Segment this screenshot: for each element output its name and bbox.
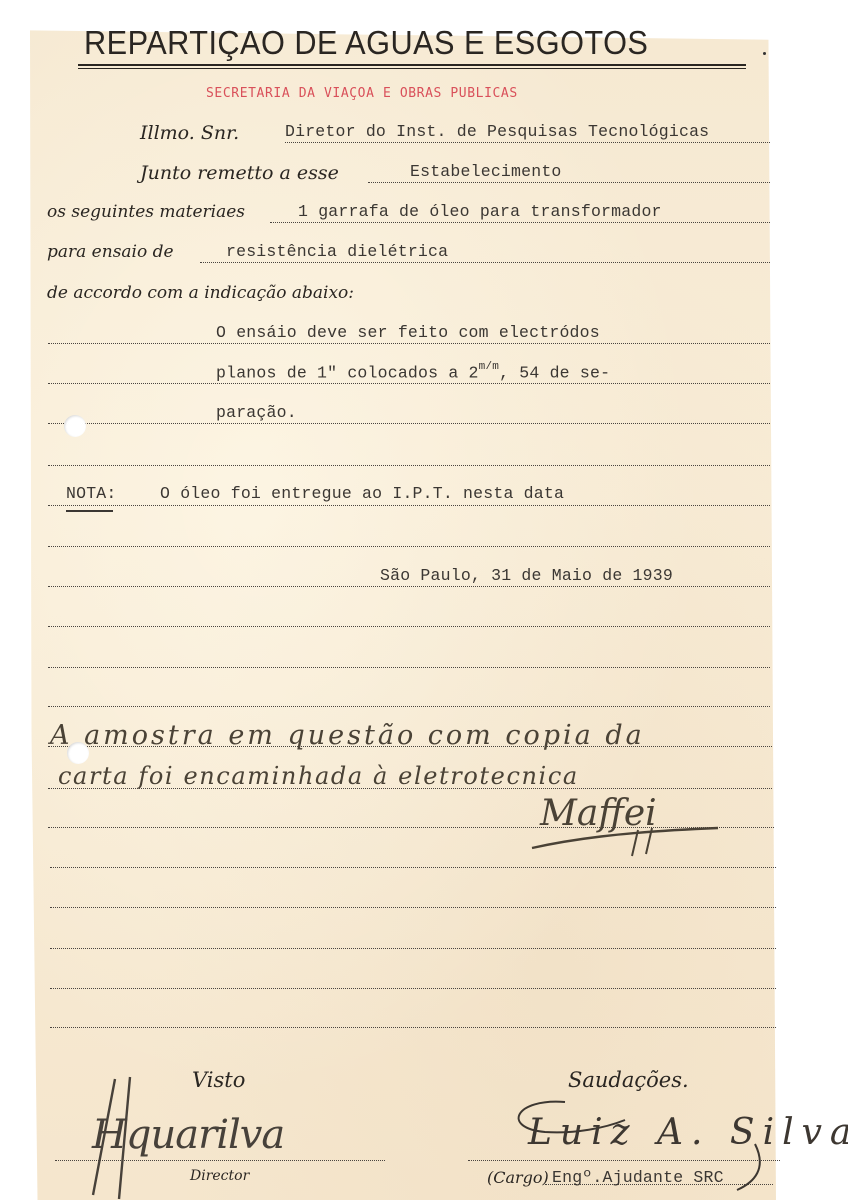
director-signature-stroke bbox=[85, 1075, 145, 1200]
note-underline bbox=[66, 510, 113, 512]
instructions-label: de accordo com a indicação abaixo: bbox=[47, 283, 354, 303]
ink-dot bbox=[763, 52, 766, 55]
form-line bbox=[48, 343, 770, 344]
form-line bbox=[50, 948, 776, 949]
form-line bbox=[48, 465, 770, 466]
place-date: São Paulo, 31 de Maio de 1939 bbox=[380, 566, 673, 585]
materials-label: os seguintes materiaes bbox=[47, 202, 245, 222]
instruction-line-2-tail: , 54 de se- bbox=[499, 364, 610, 383]
form-line bbox=[50, 907, 776, 908]
sent-to-line bbox=[368, 182, 770, 183]
form-line bbox=[48, 546, 770, 547]
cargo-label: (Cargo) bbox=[487, 1168, 549, 1187]
cargo-value: Engº.Ajudante SRC bbox=[552, 1168, 724, 1187]
sent-to-value: Estabelecimento bbox=[410, 162, 562, 181]
visto-label: Visto bbox=[192, 1068, 245, 1092]
note-label: NOTA: bbox=[66, 484, 117, 503]
letterhead-title: REPARTIÇAO DE AGUAS E ESGOTOS bbox=[84, 24, 648, 62]
test-label: para ensaio de bbox=[47, 242, 174, 262]
handwritten-note-line-2: carta foi encaminhada à eletrotecnica bbox=[58, 762, 579, 790]
form-line bbox=[50, 988, 776, 989]
instruction-line-2: planos de 1" colocados a 2m/m, 54 de se- bbox=[216, 363, 610, 383]
form-line bbox=[48, 423, 770, 424]
addressee-value: Diretor do Inst. de Pesquisas Tecnológic… bbox=[285, 122, 709, 141]
form-line bbox=[50, 1027, 776, 1028]
instruction-line-2-text: planos de 1" colocados a 2 bbox=[216, 364, 479, 383]
addressee-line bbox=[285, 142, 770, 143]
test-value: resistência dielétrica bbox=[226, 242, 448, 261]
materials-line bbox=[270, 222, 770, 223]
form-line bbox=[50, 867, 776, 868]
materials-value: 1 garrafa de óleo para transformador bbox=[298, 202, 662, 221]
addressee-label: Illmo. Snr. bbox=[140, 122, 239, 144]
closing-text: Saudações. bbox=[568, 1068, 689, 1092]
form-line bbox=[48, 505, 770, 506]
instruction-unit: m/m bbox=[479, 361, 499, 373]
form-line bbox=[48, 667, 770, 668]
form-line bbox=[48, 706, 770, 707]
letterhead-rule-thin bbox=[78, 68, 746, 69]
hole-punch bbox=[64, 415, 86, 437]
signature-flourish bbox=[528, 820, 728, 860]
sent-to-label: Junto remetto a esse bbox=[140, 162, 339, 184]
form-line bbox=[48, 626, 770, 627]
note-value: O óleo foi entregue ao I.P.T. nesta data bbox=[160, 484, 564, 503]
form-line bbox=[48, 383, 770, 384]
test-line bbox=[200, 262, 770, 263]
form-line bbox=[48, 586, 770, 587]
letterhead-rule bbox=[78, 64, 746, 66]
director-label: Director bbox=[190, 1168, 249, 1184]
letterhead-subtitle: SECRETARIA DA VIAÇOA E OBRAS PUBLICAS bbox=[206, 86, 518, 101]
handwritten-note-line-1: A amostra em questão com copia da bbox=[50, 720, 645, 751]
instruction-line-1: O ensáio deve ser feito com electródos bbox=[216, 323, 600, 342]
instruction-line-3: paração. bbox=[216, 403, 297, 422]
